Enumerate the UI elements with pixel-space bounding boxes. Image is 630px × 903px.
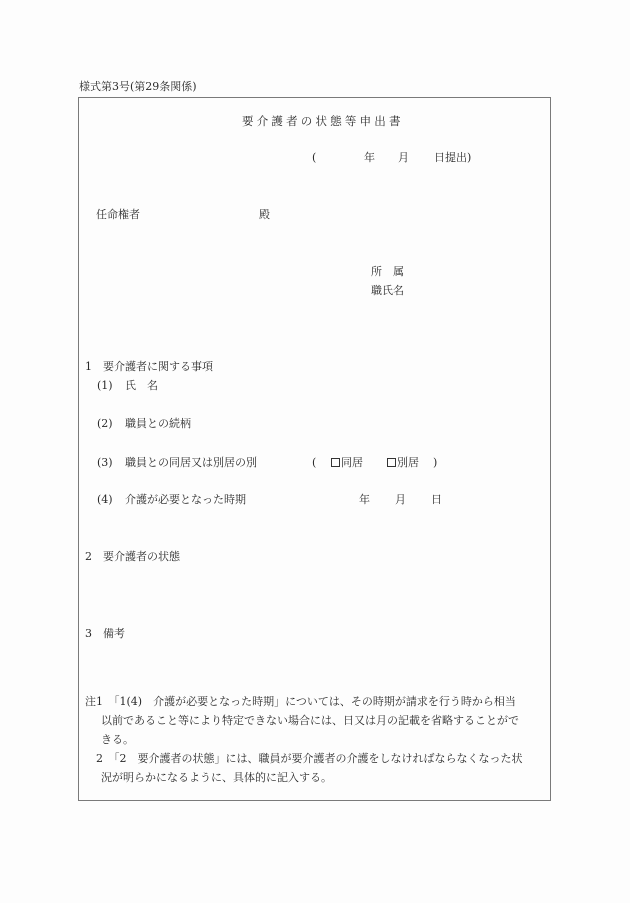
option-cohabit[interactable]: 同居 <box>331 457 363 468</box>
residence-open-paren: ( <box>312 457 316 468</box>
option-separate[interactable]: 別居 <box>387 457 419 468</box>
option-separate-label: 別居 <box>397 456 419 469</box>
addressee-label: 任命権者 <box>96 209 140 220</box>
addressee-name-field[interactable] <box>150 205 250 221</box>
submission-month-field[interactable]: 月 <box>398 152 409 163</box>
item-1-number: (1) <box>97 380 113 391</box>
item-4-number: (4) <box>97 494 113 505</box>
item-4-label: 介護が必要となった時期 <box>125 494 246 505</box>
addressee-honorific: 殿 <box>259 209 270 220</box>
item-2-number: (2) <box>97 418 113 429</box>
care-status-field[interactable] <box>100 570 540 620</box>
remarks-field[interactable] <box>100 645 540 685</box>
option-cohabit-label: 同居 <box>341 456 363 469</box>
section-2-heading: 2 要介護者の状態 <box>85 551 180 562</box>
item-2-label: 職員との続柄 <box>125 418 191 429</box>
note-2-line-2: 況が明らかになるように、具体的に記入する。 <box>101 769 332 786</box>
submission-year-field[interactable]: 年 <box>364 152 375 163</box>
residence-close-paren: ) <box>433 457 437 468</box>
affiliation-field[interactable] <box>412 263 542 279</box>
care-start-year-field[interactable]: 年 <box>359 494 370 505</box>
note-1-line-3: きる。 <box>101 731 134 748</box>
submission-open-paren: ( <box>312 152 316 163</box>
checkbox-cohabit[interactable] <box>331 458 340 467</box>
item-3-number: (3) <box>97 457 113 468</box>
care-start-month-field[interactable]: 月 <box>395 494 406 505</box>
job-title-name-field[interactable] <box>412 282 542 298</box>
section-3-heading: 3 備考 <box>85 628 125 639</box>
checkbox-separate[interactable] <box>387 458 396 467</box>
section-1-heading: 1 要介護者に関する事項 <box>85 361 213 372</box>
submission-day-field[interactable]: 日提出) <box>434 152 471 163</box>
job-title-name-label: 職氏名 <box>371 285 404 296</box>
note-1-line-1: 注1 「1(4) 介護が必要となった時期」については、その時期が請求を行う時から… <box>85 693 516 710</box>
name-field[interactable] <box>180 377 540 393</box>
affiliation-label: 所 属 <box>371 266 404 277</box>
form-label: 様式第3号(第29条関係) <box>79 81 197 92</box>
care-start-day-field[interactable]: 日 <box>431 494 442 505</box>
note-1-line-2: 以前であること等により特定できない場合には、日又は月の記載を省略することがで <box>101 712 519 729</box>
document-title: 要介護者の状態等申出書 <box>242 116 404 128</box>
item-3-label: 職員との同居又は別居の別 <box>125 457 257 468</box>
relationship-field[interactable] <box>210 415 540 431</box>
note-2-line-1: 2 「2 要介護者の状態」には、職員が要介護者の介護をしなければならなくなった状 <box>96 750 523 767</box>
item-1-label: 氏 名 <box>125 380 158 391</box>
